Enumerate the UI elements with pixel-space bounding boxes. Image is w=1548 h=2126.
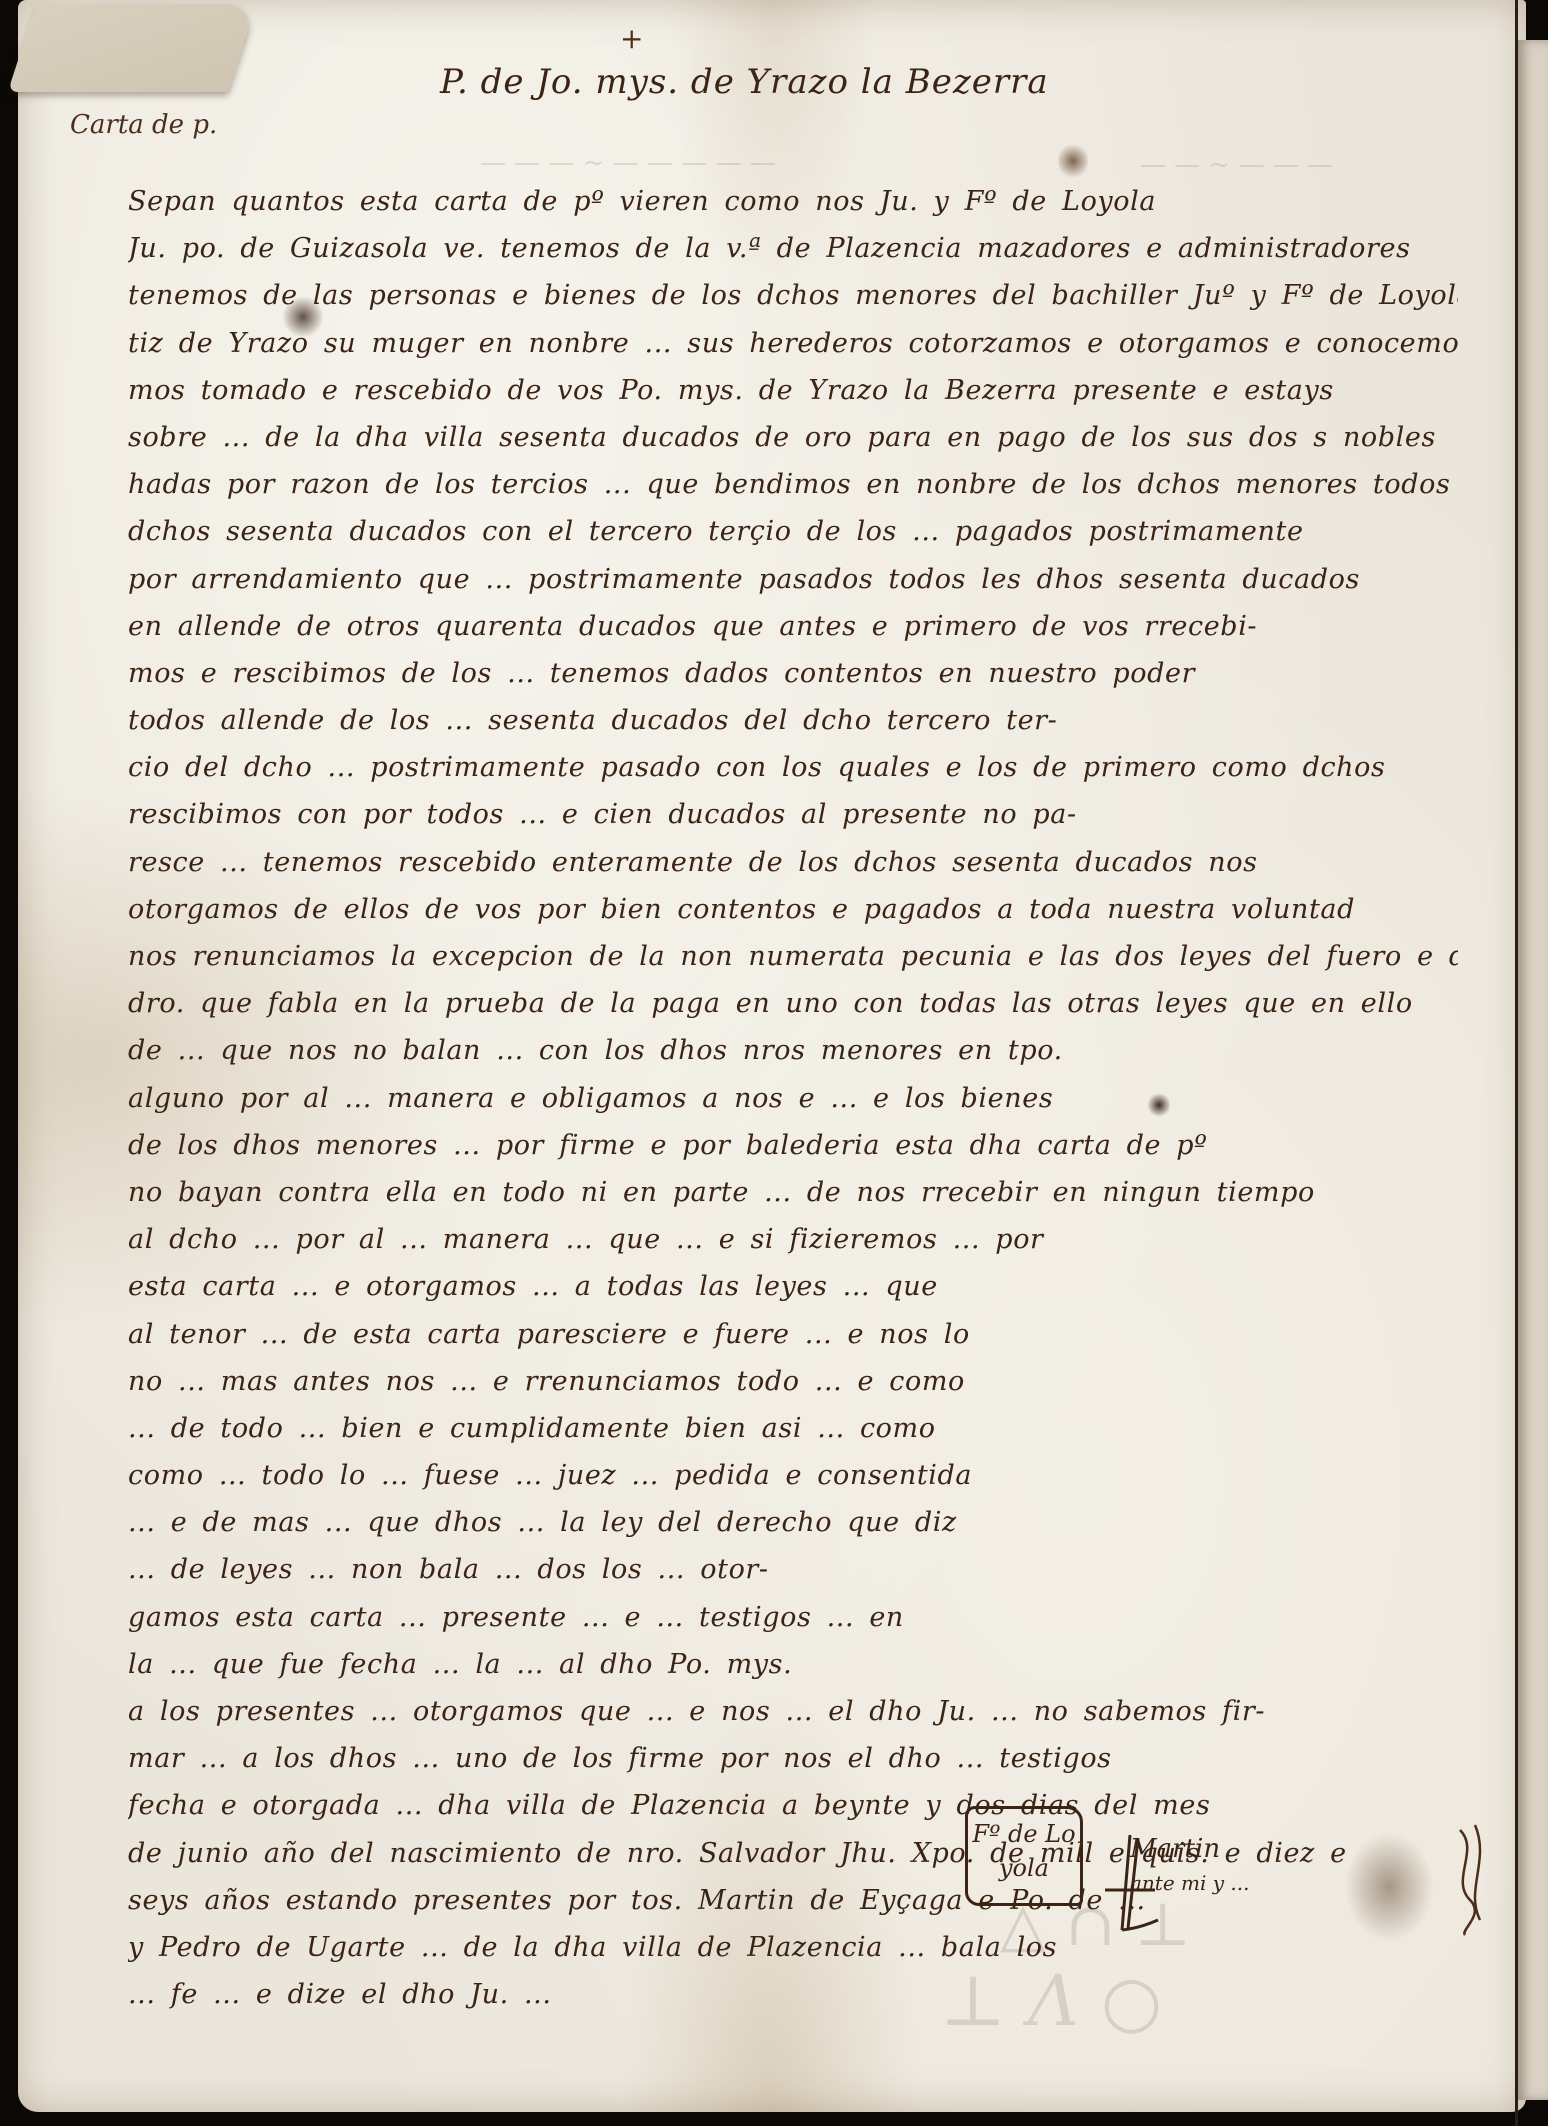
text-line: Sepan quantos esta carta de pº vieren co… — [128, 178, 1458, 225]
text-line: ... de todo ... bien e cumplidamente bie… — [128, 1405, 1458, 1452]
text-line: ... e de mas ... que dhos ... la ley del… — [128, 1499, 1458, 1546]
text-line: cio del dcho ... postrimamente pasado co… — [128, 744, 1458, 791]
text-line: sobre ... de la dha villa sesenta ducado… — [128, 414, 1458, 461]
notary-signature-box: Fº de Lo yola — [965, 1806, 1083, 1906]
signature-rubric-icon — [1440, 1820, 1500, 1940]
text-line: por arrendamiento que ... postrimamente … — [128, 556, 1458, 603]
signature-line: Fº de Lo — [968, 1817, 1080, 1851]
text-line: ... de leyes ... non bala ... dos los ..… — [128, 1546, 1458, 1593]
text-line: seys años estando presentes por tos. Mar… — [128, 1877, 1458, 1924]
text-line: a los presentes ... otorgamos que ... e … — [128, 1688, 1458, 1735]
text-line: otorgamos de ellos de vos por bien conte… — [128, 886, 1458, 933]
text-line: fecha e otorgada ... dha villa de Plazen… — [128, 1782, 1458, 1829]
text-line: mos e rescibimos de los ... tenemos dado… — [128, 650, 1458, 697]
text-line: alguno por al ... manera e obligamos a n… — [128, 1075, 1458, 1122]
text-line: al tenor ... de esta carta paresciere e … — [128, 1311, 1458, 1358]
text-line: hadas por razon de los tercios ... que b… — [128, 461, 1458, 508]
next-page-edge — [1518, 40, 1548, 2100]
text-line: Ju. po. de Guizasola ve. tenemos de la v… — [128, 225, 1458, 272]
text-line: tiz de Yrazo su muger en nonbre ... sus … — [128, 320, 1458, 367]
text-line: mos tomado e rescebido de vos Po. mys. d… — [128, 367, 1458, 414]
text-line: ... fe ... e dize el dho Ju. ... — [128, 1971, 1458, 2018]
signature-line: Martin — [1130, 1832, 1249, 1866]
text-line: de los dhos menores ... por firme e por … — [128, 1122, 1458, 1169]
text-line: tenemos de las personas e bienes de los … — [128, 272, 1458, 319]
text-line: como ... todo lo ... fuese ... juez ... … — [128, 1452, 1458, 1499]
text-line: todos allende de los ... sesenta ducados… — [128, 697, 1458, 744]
text-line: gamos esta carta ... presente ... e ... … — [128, 1594, 1458, 1641]
text-line: resce ... tenemos rescebido enteramente … — [128, 839, 1458, 886]
signature-line: ante mi y ... — [1130, 1866, 1249, 1900]
text-line: dchos sesenta ducados con el tercero ter… — [128, 508, 1458, 555]
text-line: de junio año del nascimiento de nro. Sal… — [128, 1830, 1458, 1877]
ink-stain — [1058, 142, 1088, 180]
text-line: al dcho ... por al ... manera ... que ..… — [128, 1216, 1458, 1263]
text-line: y Pedro de Ugarte ... de la dha villa de… — [128, 1924, 1458, 1971]
text-line: no ... mas antes nos ... e rrenunciamos … — [128, 1358, 1458, 1405]
margin-note: Carta de p. — [70, 110, 217, 140]
text-line: no bayan contra ella en todo ni en parte… — [128, 1169, 1458, 1216]
text-line: la ... que fue fecha ... la ... al dho P… — [128, 1641, 1458, 1688]
manuscript-body: Sepan quantos esta carta de pº vieren co… — [128, 178, 1458, 2018]
heading-cross-mark: + — [620, 22, 643, 55]
show-through-text: — — — ~ — — — — — — [480, 148, 776, 178]
text-line: mar ... a los dhos ... uno de los firme … — [128, 1735, 1458, 1782]
folded-corner — [8, 4, 257, 92]
text-line: en allende de otros quarenta ducados que… — [128, 603, 1458, 650]
show-through-text: — — ~ — — — — [1140, 150, 1333, 180]
scribe-signature: Martin ante mi y ... — [1130, 1832, 1249, 1900]
text-line: rescibimos con por todos ... e cien duca… — [128, 791, 1458, 838]
text-line: dro. que fabla en la prueba de la paga e… — [128, 980, 1458, 1027]
document-heading: P. de Jo. mys. de Yrazo la Bezerra — [440, 62, 1049, 102]
text-line: esta carta ... e otorgamos ... a todas l… — [128, 1263, 1458, 1310]
text-line: nos renunciamos la excepcion de la non n… — [128, 933, 1458, 980]
text-line: de ... que nos no balan ... con los dhos… — [128, 1027, 1458, 1074]
signature-line: yola — [968, 1851, 1080, 1885]
